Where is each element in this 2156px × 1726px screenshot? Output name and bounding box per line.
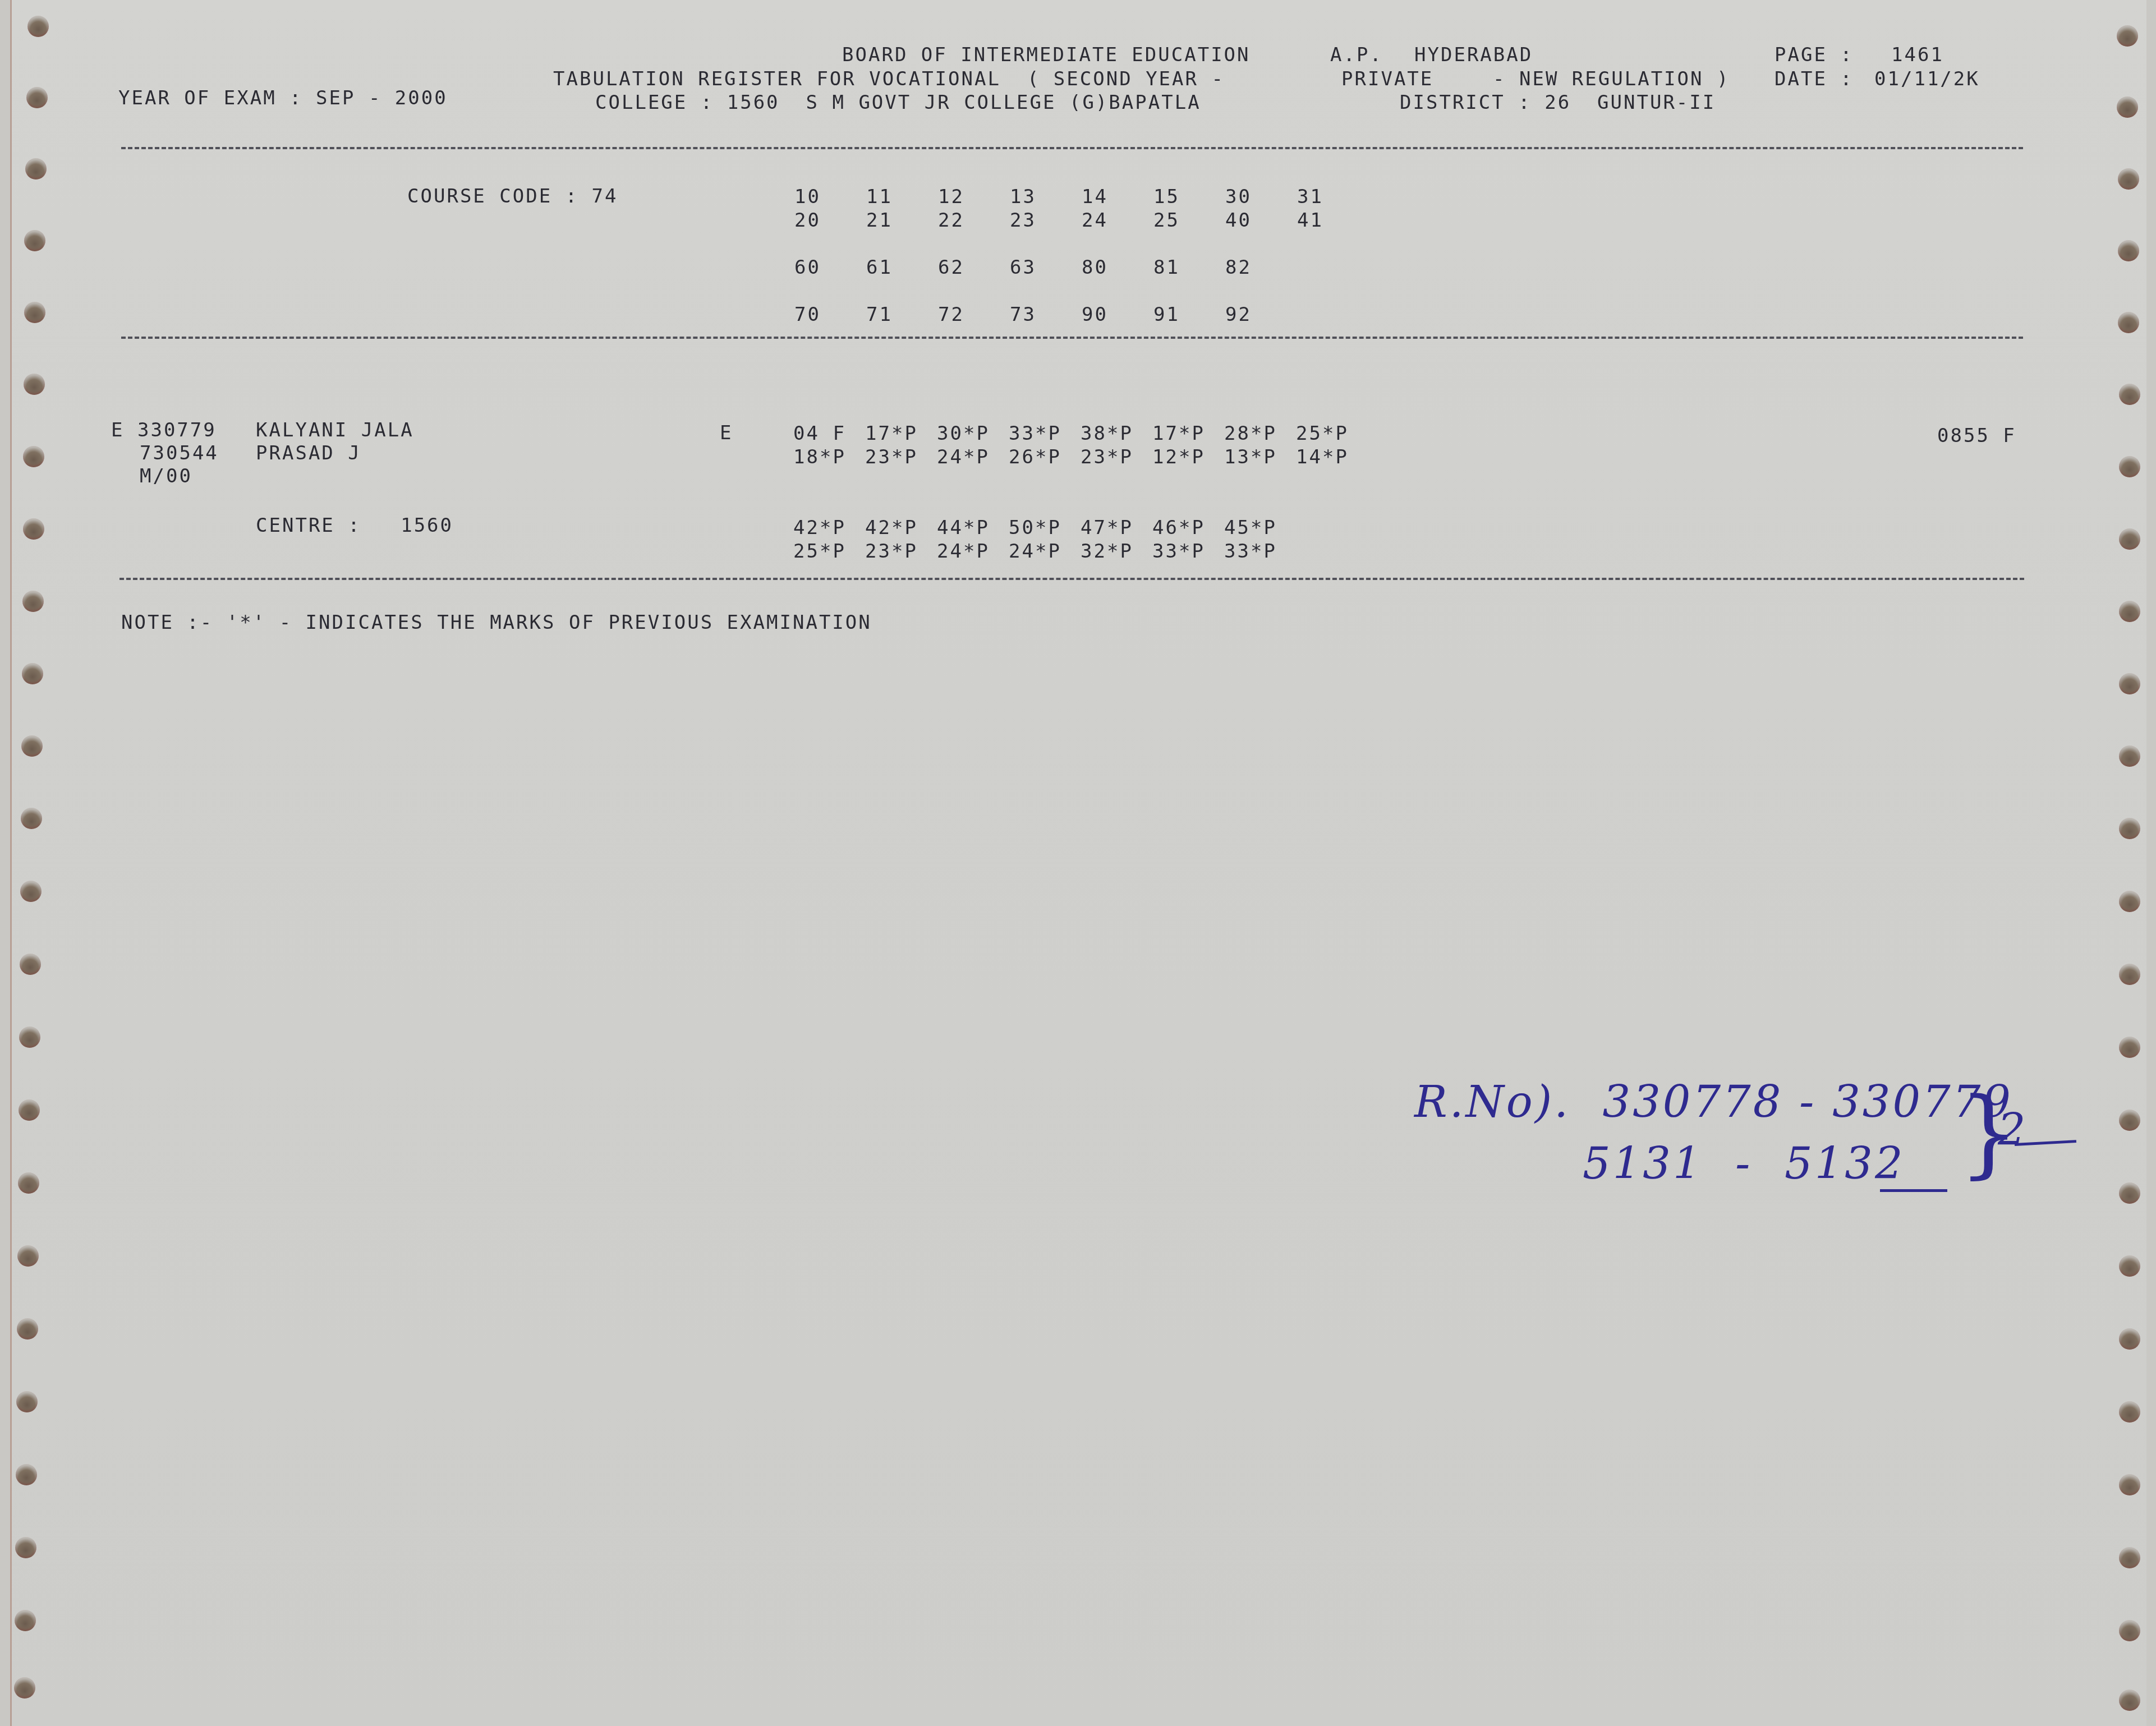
feed-hole [2118, 240, 2139, 261]
subject-code: 20 [794, 209, 866, 232]
mark-cell: 33*P [1224, 540, 1296, 563]
feed-hole [2118, 168, 2139, 190]
father-name: PRASAD J [256, 442, 361, 464]
regulation-label: - NEW REGULATION ) [1493, 68, 1730, 90]
subject-code: 73 [1010, 303, 1082, 326]
subject-code: 82 [1225, 256, 1297, 279]
feed-hole [22, 663, 43, 684]
mark-cell: 33*P [1009, 422, 1081, 445]
feed-hole [2119, 601, 2140, 622]
separator-line [119, 578, 2024, 580]
subject-code: 15 [1153, 185, 1225, 209]
footnote: NOTE :- '*' - INDICATES THE MARKS OF PRE… [121, 611, 872, 634]
subject-code: 91 [1153, 303, 1225, 326]
feed-hole [23, 518, 44, 540]
feed-hole [16, 1464, 37, 1485]
subject-code: 72 [938, 303, 1010, 326]
subject-code: 40 [1225, 209, 1297, 232]
feed-hole [2117, 96, 2138, 118]
mark-cell: 38*P [1081, 422, 1152, 445]
subject-code: 22 [938, 209, 1010, 232]
page-label: PAGE : [1775, 44, 1854, 66]
subject-code: 92 [1225, 303, 1297, 326]
subject-code: 13 [1010, 185, 1082, 209]
mark-cell: 26*P [1009, 445, 1081, 469]
subject-code-grid-2: 60 61 62 63 80 81 82 [794, 256, 1297, 279]
mark-cell: 18*P [793, 445, 865, 469]
feed-hole [2119, 891, 2140, 912]
handwritten-count: 2 [1998, 1105, 2028, 1156]
feed-hole [27, 16, 49, 37]
feed-hole [2117, 25, 2138, 47]
college-label: COLLEGE : 1560 S M GOVT JR COLLEGE (G)BA… [595, 91, 1201, 114]
district-label: DISTRICT : 26 GUNTUR-II [1400, 91, 1716, 114]
feed-hole [18, 1172, 39, 1194]
subject-code: 12 [938, 185, 1010, 209]
feed-hole [22, 591, 44, 612]
state-label: A.P. [1330, 44, 1383, 66]
feed-hole [2118, 312, 2139, 333]
feed-hole [19, 1027, 40, 1048]
subject-code: 70 [794, 303, 866, 326]
mark-cell: 44*P [937, 516, 1009, 540]
mark-cell: 13*P [1224, 445, 1296, 469]
mark-cell: 28*P [1224, 422, 1296, 445]
feed-hole [2119, 1182, 2140, 1204]
feed-hole [25, 158, 47, 179]
feed-hole [23, 446, 44, 467]
subject-code: 11 [866, 185, 938, 209]
subject-code: 25 [1153, 209, 1225, 232]
subject-code-grid-3: 70 71 72 73 90 91 92 [794, 303, 1297, 326]
feed-hole [2119, 818, 2140, 839]
candidate-id: 730544 [140, 442, 219, 464]
separator-line [121, 147, 2023, 149]
subject-code: 41 [1297, 209, 1369, 232]
feed-hole [2119, 384, 2140, 405]
tabulation-sheet: BOARD OF INTERMEDIATE EDUCATION A.P. HYD… [10, 0, 2146, 1726]
subject-code: 81 [1153, 256, 1225, 279]
mark-cell: 17*P [1152, 422, 1224, 445]
mark-cell: 23*P [865, 445, 937, 469]
year-of-exam: YEAR OF EXAM : SEP - 2000 [118, 87, 448, 109]
course-code: COURSE CODE : 74 [407, 185, 618, 208]
city-label: HYDERABAD [1414, 44, 1533, 66]
feed-hole [17, 1245, 39, 1267]
marks-grid: 04 F 17*P 30*P 33*P 38*P 17*P 28*P 25*P … [793, 422, 1368, 469]
mark-cell: 12*P [1152, 445, 1224, 469]
subject-code: 23 [1010, 209, 1082, 232]
feed-hole [2119, 1110, 2140, 1131]
gender-code: M/00 [140, 465, 192, 487]
handwritten-underline [1880, 1189, 1947, 1192]
feed-hole [2119, 964, 2140, 985]
mark-cell: 25*P [793, 540, 865, 563]
feed-hole [2119, 1401, 2140, 1423]
centre-label: CENTRE : 1560 [256, 514, 453, 537]
date-value: 01/11/2K [1874, 68, 1980, 90]
mark-cell: 23*P [1081, 445, 1152, 469]
candidate-name: KALYANI JALA [256, 419, 414, 441]
mark-cell: 42*P [793, 516, 865, 540]
candidate-reg-number: E 330779 [111, 419, 217, 441]
register-title: TABULATION REGISTER FOR VOCATIONAL ( SEC… [553, 68, 1225, 90]
feed-hole [26, 87, 48, 108]
subject-code: 90 [1082, 303, 1153, 326]
feed-hole [17, 1318, 38, 1340]
feed-hole [19, 1099, 40, 1121]
subject-code: 14 [1082, 185, 1153, 209]
mark-cell: 46*P [1152, 516, 1224, 540]
subject-code: 63 [1010, 256, 1082, 279]
total-result: 0855 F [1937, 425, 2016, 447]
feed-hole [24, 302, 45, 323]
handwritten-roll-range: R.No). 330778 - 330779 [1414, 1077, 2013, 1127]
feed-hole [2119, 1690, 2140, 1711]
mark-cell: 50*P [1009, 516, 1081, 540]
feed-hole [2119, 1328, 2140, 1350]
mark-cell: 47*P [1081, 516, 1152, 540]
mark-cell: 33*P [1152, 540, 1224, 563]
subject-code: 62 [938, 256, 1010, 279]
mark-cell: 25*P [1296, 422, 1368, 445]
mark-cell: 24*P [937, 540, 1009, 563]
mark-cell: 23*P [865, 540, 937, 563]
feed-hole [24, 374, 45, 395]
date-label: DATE : [1775, 68, 1854, 90]
subject-code: 21 [866, 209, 938, 232]
subject-code: 60 [794, 256, 866, 279]
subject-code: 30 [1225, 185, 1297, 209]
feed-hole [24, 230, 45, 251]
subject-code-grid: 10 11 12 13 14 15 30 31 20 21 22 23 24 2… [794, 185, 1369, 232]
category-label: PRIVATE [1341, 68, 1433, 90]
marks-grid-2: 42*P 42*P 44*P 50*P 47*P 46*P 45*P 25*P … [793, 516, 1296, 563]
feed-hole [2119, 1255, 2140, 1277]
feed-hole [15, 1610, 36, 1631]
feed-hole [2119, 528, 2140, 550]
feed-hole [2119, 745, 2140, 767]
subject-code: 71 [866, 303, 938, 326]
feed-hole [21, 808, 42, 829]
subject-code: 10 [794, 185, 866, 209]
feed-hole [2119, 456, 2140, 477]
separator-line [121, 337, 2023, 339]
board-title: BOARD OF INTERMEDIATE EDUCATION [842, 44, 1251, 66]
handwritten-serial-range: 5131 - 5132 [1583, 1139, 1905, 1189]
medium-code: E [720, 422, 733, 444]
feed-hole [2119, 1620, 2140, 1641]
feed-hole [2119, 673, 2140, 694]
mark-cell: 32*P [1081, 540, 1152, 563]
feed-hole [2119, 1547, 2140, 1568]
mark-cell: 45*P [1224, 516, 1296, 540]
feed-hole [20, 881, 42, 902]
subject-code: 80 [1082, 256, 1153, 279]
feed-hole [2119, 1037, 2140, 1058]
feed-hole [15, 1537, 36, 1558]
feed-hole [21, 735, 43, 757]
feed-hole [2119, 1474, 2140, 1495]
mark-cell: 17*P [865, 422, 937, 445]
mark-cell: 14*P [1296, 445, 1368, 469]
mark-cell: 30*P [937, 422, 1009, 445]
subject-code: 61 [866, 256, 938, 279]
feed-hole [16, 1391, 38, 1412]
subject-code: 31 [1297, 185, 1369, 209]
mark-cell: 24*P [1009, 540, 1081, 563]
mark-cell: 24*P [937, 445, 1009, 469]
page-number: 1461 [1891, 44, 1944, 66]
feed-hole [20, 954, 41, 975]
mark-cell: 04 F [793, 422, 865, 445]
subject-code: 24 [1082, 209, 1153, 232]
feed-hole [14, 1677, 35, 1699]
mark-cell: 42*P [865, 516, 937, 540]
